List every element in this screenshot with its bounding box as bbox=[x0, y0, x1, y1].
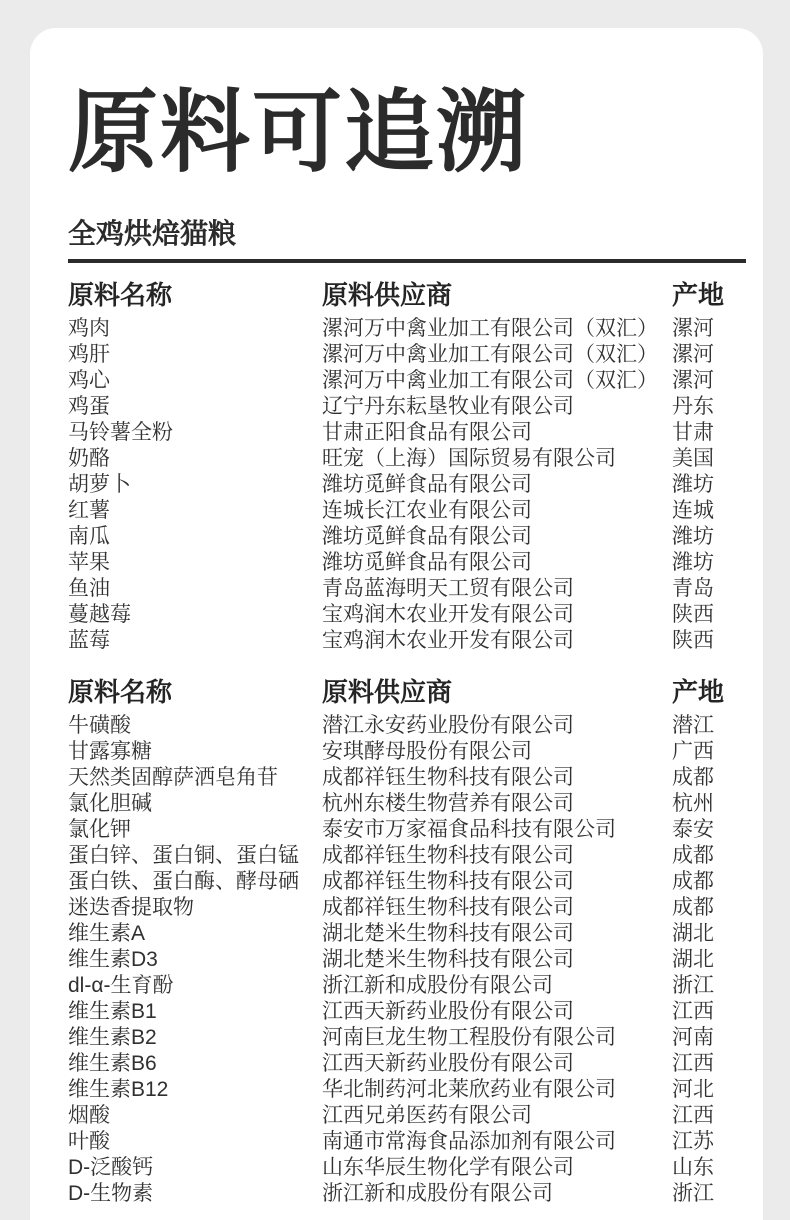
supplier-cell: 潍坊觅鲜食品有限公司 bbox=[322, 524, 672, 550]
column-header-supplier: 原料供应商 bbox=[322, 676, 672, 708]
origin-cell: 潜江 bbox=[672, 713, 746, 739]
supplier-cell: 宝鸡润木农业开发有限公司 bbox=[322, 602, 672, 628]
ingredient-name-cell: 维生素B1 bbox=[68, 999, 322, 1025]
ingredient-name-cell: 鸡肉 bbox=[68, 316, 322, 342]
supplier-cell: 江西天新药业股份有限公司 bbox=[322, 1051, 672, 1077]
ingredient-table-2: 原料名称原料供应商产地牛磺酸潜江永安药业股份有限公司潜江甘露寡糖安琪酵母股份有限… bbox=[68, 676, 746, 1207]
table-row: 苹果潍坊觅鲜食品有限公司潍坊 bbox=[68, 550, 746, 576]
supplier-cell: 潍坊觅鲜食品有限公司 bbox=[322, 472, 672, 498]
page-title: 原料可追溯 bbox=[68, 80, 737, 186]
supplier-cell: 成都祥钰生物科技有限公司 bbox=[322, 895, 672, 921]
supplier-cell: 华北制药河北莱欣药业有限公司 bbox=[322, 1077, 672, 1103]
origin-cell: 漯河 bbox=[672, 368, 746, 394]
table-row: 鸡蛋辽宁丹东耘垦牧业有限公司丹东 bbox=[68, 394, 746, 420]
supplier-cell: 漯河万中禽业加工有限公司（双汇） bbox=[322, 368, 672, 394]
table-row: 维生素B1江西天新药业股份有限公司江西 bbox=[68, 999, 746, 1025]
origin-cell: 陕西 bbox=[672, 602, 746, 628]
ingredient-name-cell: 苹果 bbox=[68, 550, 322, 576]
supplier-cell: 成都祥钰生物科技有限公司 bbox=[322, 765, 672, 791]
supplier-cell: 青岛蓝海明天工贸有限公司 bbox=[322, 576, 672, 602]
table-row: 迷迭香提取物成都祥钰生物科技有限公司成都 bbox=[68, 895, 746, 921]
supplier-cell: 安琪酵母股份有限公司 bbox=[322, 739, 672, 765]
supplier-cell: 成都祥钰生物科技有限公司 bbox=[322, 843, 672, 869]
supplier-cell: 山东华辰生物化学有限公司 bbox=[322, 1155, 672, 1181]
column-header-supplier: 原料供应商 bbox=[322, 279, 672, 311]
ingredient-name-cell: 鱼油 bbox=[68, 576, 322, 602]
table-row: 鸡心漯河万中禽业加工有限公司（双汇）漯河 bbox=[68, 368, 746, 394]
supplier-cell: 旺宠（上海）国际贸易有限公司 bbox=[322, 446, 672, 472]
origin-cell: 成都 bbox=[672, 895, 746, 921]
ingredient-tables: 原料名称原料供应商产地鸡肉漯河万中禽业加工有限公司（双汇）漯河鸡肝漯河万中禽业加… bbox=[68, 279, 737, 1207]
origin-cell: 潍坊 bbox=[672, 472, 746, 498]
supplier-cell: 潜江永安药业股份有限公司 bbox=[322, 713, 672, 739]
table-row: 烟酸江西兄弟医药有限公司江西 bbox=[68, 1103, 746, 1129]
table-row: 甘露寡糖安琪酵母股份有限公司广西 bbox=[68, 739, 746, 765]
origin-cell: 潍坊 bbox=[672, 524, 746, 550]
ingredient-name-cell: 马铃薯全粉 bbox=[68, 420, 322, 446]
origin-cell: 漯河 bbox=[672, 316, 746, 342]
table-body: 鸡肉漯河万中禽业加工有限公司（双汇）漯河鸡肝漯河万中禽业加工有限公司（双汇）漯河… bbox=[68, 316, 746, 654]
table-row: 维生素B2河南巨龙生物工程股份有限公司河南 bbox=[68, 1025, 746, 1051]
ingredient-name-cell: 甘露寡糖 bbox=[68, 739, 322, 765]
ingredient-name-cell: 红薯 bbox=[68, 498, 322, 524]
ingredient-name-cell: D-泛酸钙 bbox=[68, 1155, 322, 1181]
supplier-cell: 江西兄弟医药有限公司 bbox=[322, 1103, 672, 1129]
table-row: 氯化钾泰安市万家福食品科技有限公司泰安 bbox=[68, 817, 746, 843]
origin-cell: 丹东 bbox=[672, 394, 746, 420]
ingredient-name-cell: 维生素B6 bbox=[68, 1051, 322, 1077]
origin-cell: 江西 bbox=[672, 1051, 746, 1077]
origin-cell: 湖北 bbox=[672, 921, 746, 947]
origin-cell: 江西 bbox=[672, 1103, 746, 1129]
supplier-cell: 湖北楚米生物科技有限公司 bbox=[322, 921, 672, 947]
origin-cell: 江西 bbox=[672, 999, 746, 1025]
ingredient-name-cell: dl-α-生育酚 bbox=[68, 973, 322, 999]
table-header-row: 原料名称原料供应商产地 bbox=[68, 279, 746, 311]
table-row: D-泛酸钙山东华辰生物化学有限公司山东 bbox=[68, 1155, 746, 1181]
table-row: dl-α-生育酚浙江新和成股份有限公司浙江 bbox=[68, 973, 746, 999]
origin-cell: 湖北 bbox=[672, 947, 746, 973]
origin-cell: 广西 bbox=[672, 739, 746, 765]
origin-cell: 陕西 bbox=[672, 628, 746, 654]
supplier-cell: 浙江新和成股份有限公司 bbox=[322, 973, 672, 999]
ingredient-name-cell: 维生素D3 bbox=[68, 947, 322, 973]
ingredient-name-cell: 蓝莓 bbox=[68, 628, 322, 654]
ingredient-name-cell: 牛磺酸 bbox=[68, 713, 322, 739]
origin-cell: 泰安 bbox=[672, 817, 746, 843]
table-row: 鱼油青岛蓝海明天工贸有限公司青岛 bbox=[68, 576, 746, 602]
table-row: 牛磺酸潜江永安药业股份有限公司潜江 bbox=[68, 713, 746, 739]
table-row: 维生素B12华北制药河北莱欣药业有限公司河北 bbox=[68, 1077, 746, 1103]
supplier-cell: 泰安市万家福食品科技有限公司 bbox=[322, 817, 672, 843]
ingredient-name-cell: 迷迭香提取物 bbox=[68, 895, 322, 921]
ingredient-name-cell: 氯化钾 bbox=[68, 817, 322, 843]
table-row: 蓝莓宝鸡润木农业开发有限公司陕西 bbox=[68, 628, 746, 654]
origin-cell: 杭州 bbox=[672, 791, 746, 817]
origin-cell: 连城 bbox=[672, 498, 746, 524]
ingredient-name-cell: 蛋白锌、蛋白铜、蛋白锰 bbox=[68, 843, 322, 869]
supplier-cell: 连城长江农业有限公司 bbox=[322, 498, 672, 524]
origin-cell: 潍坊 bbox=[672, 550, 746, 576]
ingredient-name-cell: 烟酸 bbox=[68, 1103, 322, 1129]
supplier-cell: 杭州东楼生物营养有限公司 bbox=[322, 791, 672, 817]
origin-cell: 江苏 bbox=[672, 1129, 746, 1155]
supplier-cell: 南通市常海食品添加剂有限公司 bbox=[322, 1129, 672, 1155]
table-row: 奶酪旺宠（上海）国际贸易有限公司美国 bbox=[68, 446, 746, 472]
ingredient-name-cell: 蔓越莓 bbox=[68, 602, 322, 628]
ingredient-name-cell: 蛋白铁、蛋白酶、酵母硒 bbox=[68, 869, 322, 895]
supplier-cell: 湖北楚米生物科技有限公司 bbox=[322, 947, 672, 973]
ingredient-table-1: 原料名称原料供应商产地鸡肉漯河万中禽业加工有限公司（双汇）漯河鸡肝漯河万中禽业加… bbox=[68, 279, 746, 654]
column-header-origin: 产地 bbox=[672, 279, 746, 311]
table-row: 南瓜潍坊觅鲜食品有限公司潍坊 bbox=[68, 524, 746, 550]
table-row: 鸡肉漯河万中禽业加工有限公司（双汇）漯河 bbox=[68, 316, 746, 342]
ingredient-name-cell: 氯化胆碱 bbox=[68, 791, 322, 817]
ingredient-name-cell: 维生素B2 bbox=[68, 1025, 322, 1051]
table-header-row: 原料名称原料供应商产地 bbox=[68, 676, 746, 708]
table-row: 蛋白铁、蛋白酶、酵母硒成都祥钰生物科技有限公司成都 bbox=[68, 869, 746, 895]
product-subtitle: 全鸡烘焙猫粮 bbox=[68, 218, 746, 262]
ingredient-name-cell: 维生素B12 bbox=[68, 1077, 322, 1103]
ingredient-name-cell: 天然类固醇萨洒皂角苷 bbox=[68, 765, 322, 791]
column-header-origin: 产地 bbox=[672, 676, 746, 708]
supplier-cell: 成都祥钰生物科技有限公司 bbox=[322, 869, 672, 895]
table-row: 氯化胆碱杭州东楼生物营养有限公司杭州 bbox=[68, 791, 746, 817]
ingredient-name-cell: 鸡蛋 bbox=[68, 394, 322, 420]
origin-cell: 成都 bbox=[672, 765, 746, 791]
supplier-cell: 漯河万中禽业加工有限公司（双汇） bbox=[322, 316, 672, 342]
origin-cell: 成都 bbox=[672, 843, 746, 869]
content-card: 原料可追溯 全鸡烘焙猫粮 原料名称原料供应商产地鸡肉漯河万中禽业加工有限公司（双… bbox=[30, 28, 763, 1220]
supplier-cell: 潍坊觅鲜食品有限公司 bbox=[322, 550, 672, 576]
origin-cell: 浙江 bbox=[672, 1181, 746, 1207]
supplier-cell: 甘肃正阳食品有限公司 bbox=[322, 420, 672, 446]
origin-cell: 甘肃 bbox=[672, 420, 746, 446]
ingredient-name-cell: D-生物素 bbox=[68, 1181, 322, 1207]
table-row: 胡萝卜潍坊觅鲜食品有限公司潍坊 bbox=[68, 472, 746, 498]
ingredient-name-cell: 叶酸 bbox=[68, 1129, 322, 1155]
table-body: 牛磺酸潜江永安药业股份有限公司潜江甘露寡糖安琪酵母股份有限公司广西天然类固醇萨洒… bbox=[68, 713, 746, 1207]
table-row: 天然类固醇萨洒皂角苷成都祥钰生物科技有限公司成都 bbox=[68, 765, 746, 791]
origin-cell: 青岛 bbox=[672, 576, 746, 602]
column-header-ingredient-name: 原料名称 bbox=[68, 279, 322, 311]
ingredient-name-cell: 鸡心 bbox=[68, 368, 322, 394]
origin-cell: 河北 bbox=[672, 1077, 746, 1103]
supplier-cell: 江西天新药业股份有限公司 bbox=[322, 999, 672, 1025]
table-row: 马铃薯全粉甘肃正阳食品有限公司甘肃 bbox=[68, 420, 746, 446]
table-row: 叶酸南通市常海食品添加剂有限公司江苏 bbox=[68, 1129, 746, 1155]
table-row: 红薯连城长江农业有限公司连城 bbox=[68, 498, 746, 524]
ingredient-name-cell: 维生素A bbox=[68, 921, 322, 947]
table-row: 维生素B6江西天新药业股份有限公司江西 bbox=[68, 1051, 746, 1077]
ingredient-name-cell: 胡萝卜 bbox=[68, 472, 322, 498]
supplier-cell: 浙江新和成股份有限公司 bbox=[322, 1181, 672, 1207]
origin-cell: 成都 bbox=[672, 869, 746, 895]
table-row: 蔓越莓宝鸡润木农业开发有限公司陕西 bbox=[68, 602, 746, 628]
table-row: 维生素A湖北楚米生物科技有限公司湖北 bbox=[68, 921, 746, 947]
supplier-cell: 漯河万中禽业加工有限公司（双汇） bbox=[322, 342, 672, 368]
ingredient-name-cell: 南瓜 bbox=[68, 524, 322, 550]
ingredient-name-cell: 奶酪 bbox=[68, 446, 322, 472]
supplier-cell: 河南巨龙生物工程股份有限公司 bbox=[322, 1025, 672, 1051]
table-row: 鸡肝漯河万中禽业加工有限公司（双汇）漯河 bbox=[68, 342, 746, 368]
table-row: 蛋白锌、蛋白铜、蛋白锰成都祥钰生物科技有限公司成都 bbox=[68, 843, 746, 869]
origin-cell: 河南 bbox=[672, 1025, 746, 1051]
supplier-cell: 宝鸡润木农业开发有限公司 bbox=[322, 628, 672, 654]
origin-cell: 漯河 bbox=[672, 342, 746, 368]
column-header-ingredient-name: 原料名称 bbox=[68, 676, 322, 708]
origin-cell: 浙江 bbox=[672, 973, 746, 999]
ingredient-name-cell: 鸡肝 bbox=[68, 342, 322, 368]
table-row: D-生物素浙江新和成股份有限公司浙江 bbox=[68, 1181, 746, 1207]
origin-cell: 山东 bbox=[672, 1155, 746, 1181]
page-background: 原料可追溯 全鸡烘焙猫粮 原料名称原料供应商产地鸡肉漯河万中禽业加工有限公司（双… bbox=[0, 0, 790, 1220]
origin-cell: 美国 bbox=[672, 446, 746, 472]
supplier-cell: 辽宁丹东耘垦牧业有限公司 bbox=[322, 394, 672, 420]
table-row: 维生素D3湖北楚米生物科技有限公司湖北 bbox=[68, 947, 746, 973]
